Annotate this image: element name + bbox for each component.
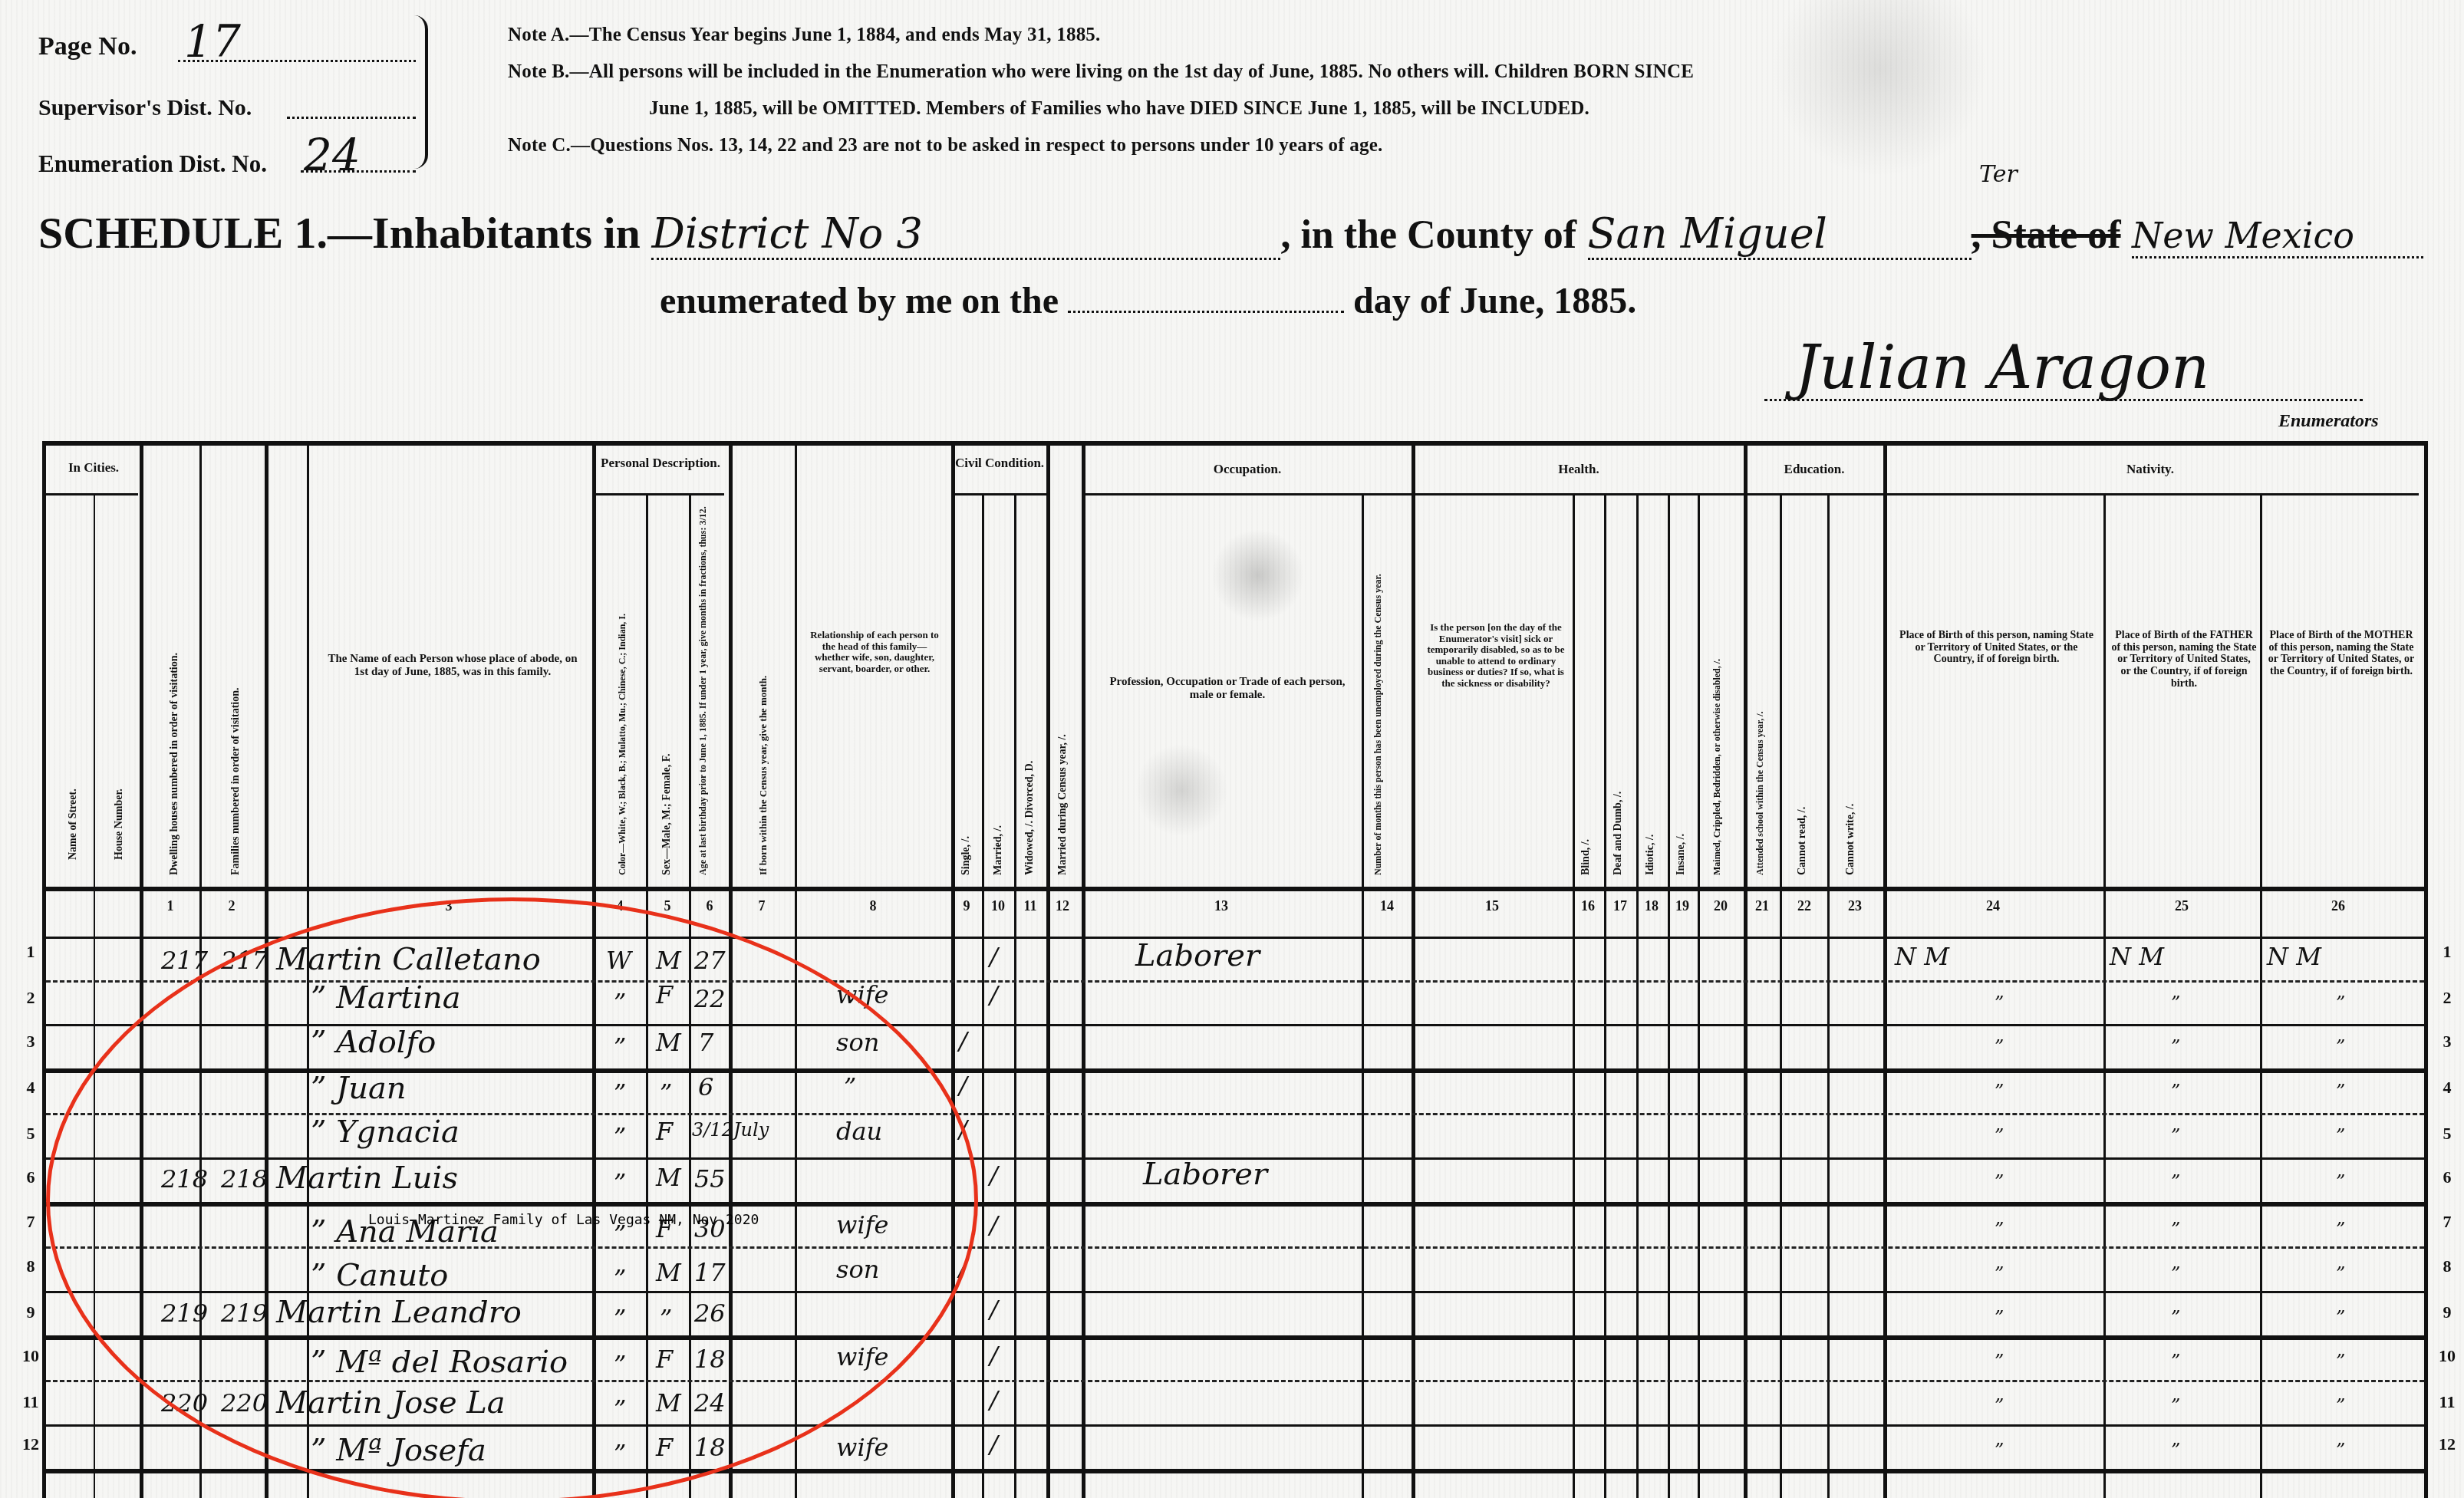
header-insane: Insane, /. — [1675, 834, 1687, 875]
header-brace — [414, 15, 428, 169]
header-dwelling: Dwelling houses numbered in order of vis… — [169, 653, 180, 875]
state-territory-annotation: Ter — [1979, 161, 2018, 188]
header-birth-father: Place of Birth of the FATHER of this per… — [2111, 630, 2257, 690]
group-in-cities: In Cities. — [49, 461, 138, 475]
header-widowed: Widowed, /. Divorced, D. — [1024, 761, 1036, 875]
header-name: The Name of each Person whose place of a… — [322, 653, 583, 679]
group-nativity: Nativity. — [1886, 463, 2415, 476]
group-civil: Civil Condition. — [954, 456, 1045, 470]
page-no-value: 17 — [184, 15, 241, 67]
group-personal: Personal Description. — [595, 456, 726, 470]
note-a: Note A.—The Census Year begins June 1, 1… — [508, 25, 1101, 46]
enumeration-label: Enumeration Dist. No. — [38, 150, 267, 178]
district-value: District No 3 — [651, 209, 1280, 260]
group-education: Education. — [1746, 463, 1883, 476]
header-cannot-write: Cannot write, /. — [1845, 804, 1856, 875]
header-cannot-read: Cannot read, /. — [1797, 807, 1808, 875]
note-c: Note C.—Questions Nos. 13, 14, 22 and 23… — [508, 135, 1382, 156]
state-value: New Mexico — [2132, 215, 2423, 258]
enumerated-label: enumerated by me on the — [660, 281, 1059, 321]
header-birth-mother: Place of Birth of the MOTHER of this per… — [2268, 630, 2415, 678]
header-house-number: House Number. — [114, 789, 125, 860]
schedule-prefix: SCHEDULE 1.—Inhabitants in — [38, 208, 641, 258]
header-sex: Sex—Male, M.; Female, F. — [661, 754, 673, 876]
header-married-year: Married during Census year, /. — [1057, 734, 1069, 875]
group-health: Health. — [1415, 463, 1743, 476]
header-blind: Blind, /. — [1580, 839, 1592, 875]
supervisor-label: Supervisor's Dist. No. — [38, 95, 252, 121]
header-age: Age at last birthday prior to June 1, 18… — [698, 492, 708, 875]
header-born-month: If born within the Census year, give the… — [758, 676, 769, 875]
header-occupation: Profession, Occupation or Trade of each … — [1105, 676, 1350, 702]
enumeration-value: 24 — [304, 129, 361, 181]
note-b-line2: June 1, 1885, will be OMITTED. Members o… — [649, 98, 1589, 120]
enumerator-label: Enumerators — [2278, 411, 2379, 432]
state-label: , State of — [1972, 213, 2121, 257]
header-months-unemployed: Number of months this person has been un… — [1373, 476, 1383, 875]
census-table: In Cities. Personal Description. Civil C… — [42, 441, 2428, 1498]
header-single: Single, /. — [960, 836, 972, 875]
header-birth-person: Place of Birth of this person, naming St… — [1895, 630, 2098, 666]
county-label: , in the County of — [1280, 213, 1576, 257]
header-married: Married, /. — [993, 825, 1004, 875]
header-sickness: Is the person [on the day of the Enumera… — [1423, 622, 1569, 689]
header-maimed: Maimed, Crippled, Bedridden, or otherwis… — [1712, 659, 1722, 875]
header-idiotic: Idiotic, /. — [1645, 835, 1656, 875]
note-b-line1: Note B.—All persons will be included in … — [508, 61, 1694, 83]
group-occupation: Occupation. — [1085, 463, 1410, 476]
watermark-caption: Louis Martinez Family of Las Vegas NM, N… — [368, 1212, 759, 1228]
enumerated-line: enumerated by me on the day of June, 188… — [660, 280, 1636, 322]
header-relationship: Relationship of each person to the head … — [805, 630, 944, 674]
county-value: San Miguel — [1588, 209, 1972, 260]
header-street: Name of Street. — [68, 789, 79, 860]
enumerator-signature: Julian Aragon — [1795, 334, 2209, 403]
header-color: Color—White, W.; Black, B.; Mulatto, Mu.… — [618, 515, 628, 875]
date-suffix: day of June, 1885. — [1353, 281, 1636, 321]
supervisor-line — [287, 117, 416, 119]
header-family: Families numbered in order of visitation… — [230, 688, 242, 875]
header-attended-school: Attended school within the Census year, … — [1755, 711, 1765, 875]
header-deaf: Deaf and Dumb, /. — [1612, 792, 1624, 875]
page-no-label: Page No. — [38, 32, 137, 61]
day-value — [1068, 311, 1344, 313]
schedule-title: SCHEDULE 1.—Inhabitants in District No 3… — [38, 207, 2423, 260]
